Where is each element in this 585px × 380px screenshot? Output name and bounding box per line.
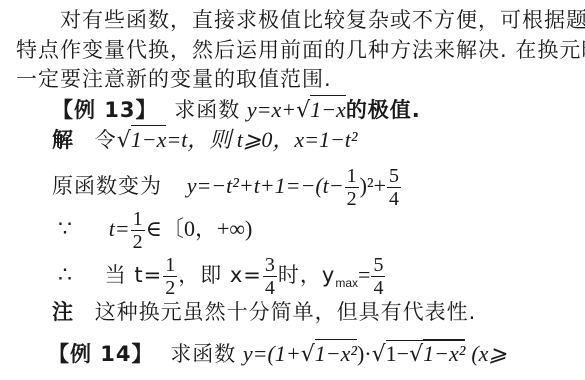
sqrt-expression: √1−x xyxy=(117,128,167,153)
fraction: 12 xyxy=(345,165,359,210)
transform-line: 原函数变为 y=−t²+t+1=−(t−12)²+54 xyxy=(52,165,402,210)
fraction: 12 xyxy=(131,208,145,253)
solution-label: 解 xyxy=(52,128,74,152)
radical-sign-icon: √ xyxy=(296,98,310,123)
example-13-formula: y=x+ xyxy=(247,97,296,122)
paragraph-line-3: 一定要注意新的变量的取值范围. xyxy=(16,67,332,91)
therefore-symbol: ∴ xyxy=(58,262,72,287)
paragraph-line-2: 特点作变量代换，然后运用前面的几种方法来解决. 在换元时， xyxy=(16,38,585,62)
sqrt-expression: √1−x² xyxy=(301,342,357,367)
example-14-label: 【例 14】 xyxy=(48,342,154,366)
radical-sign-icon: √ xyxy=(301,342,315,367)
transform-text: 原函数变为 xyxy=(52,174,162,198)
radical-sign-icon: √ xyxy=(117,128,131,153)
note-line: 注 这种换元虽然十分简单，但具有代表性. xyxy=(52,300,476,324)
note-label: 注 xyxy=(52,300,74,324)
note-text: 这种换元虽然十分简单，但具有代表性. xyxy=(95,300,477,324)
fraction: 54 xyxy=(387,165,401,210)
radical-sign-icon: √ xyxy=(372,342,386,367)
example-13-label: 【例 13】 xyxy=(52,98,158,122)
solution-rest: =t，则 t⩾0，x=1−t² xyxy=(166,127,357,152)
therefore-line: ∴ 当 t=12，即 x=34时，ymax=54 xyxy=(58,254,386,299)
example-13-prompt: 求函数 xyxy=(174,98,240,122)
sqrt-expression-outer: √1−√1−x² xyxy=(372,342,466,367)
sqrt-expression: √1−x xyxy=(296,98,346,123)
example-13: 【例 13】 求函数 y=x+√1−x的极值. xyxy=(52,98,421,123)
because-line: ∵ t=12∈〔0，+∞) xyxy=(58,208,252,253)
because-symbol: ∵ xyxy=(58,216,72,241)
fraction: 12 xyxy=(163,254,177,299)
radical-sign-icon: √ xyxy=(409,342,423,367)
sqrt-expression-inner: √1−x² xyxy=(409,342,465,367)
solution-line: 解 令√1−x=t，则 t⩾0，x=1−t² xyxy=(52,128,358,153)
fraction: 34 xyxy=(263,254,277,299)
example-13-suffix: 的极值. xyxy=(346,98,421,122)
fraction: 54 xyxy=(371,254,385,299)
paragraph-line-1: 对有些函数，直接求极值比较复杂或不方便，可根据题目的 xyxy=(60,8,585,32)
example-14: 【例 14】 求函数 y=(1+√1−x²)·√1−√1−x²(x⩾ xyxy=(48,342,507,367)
